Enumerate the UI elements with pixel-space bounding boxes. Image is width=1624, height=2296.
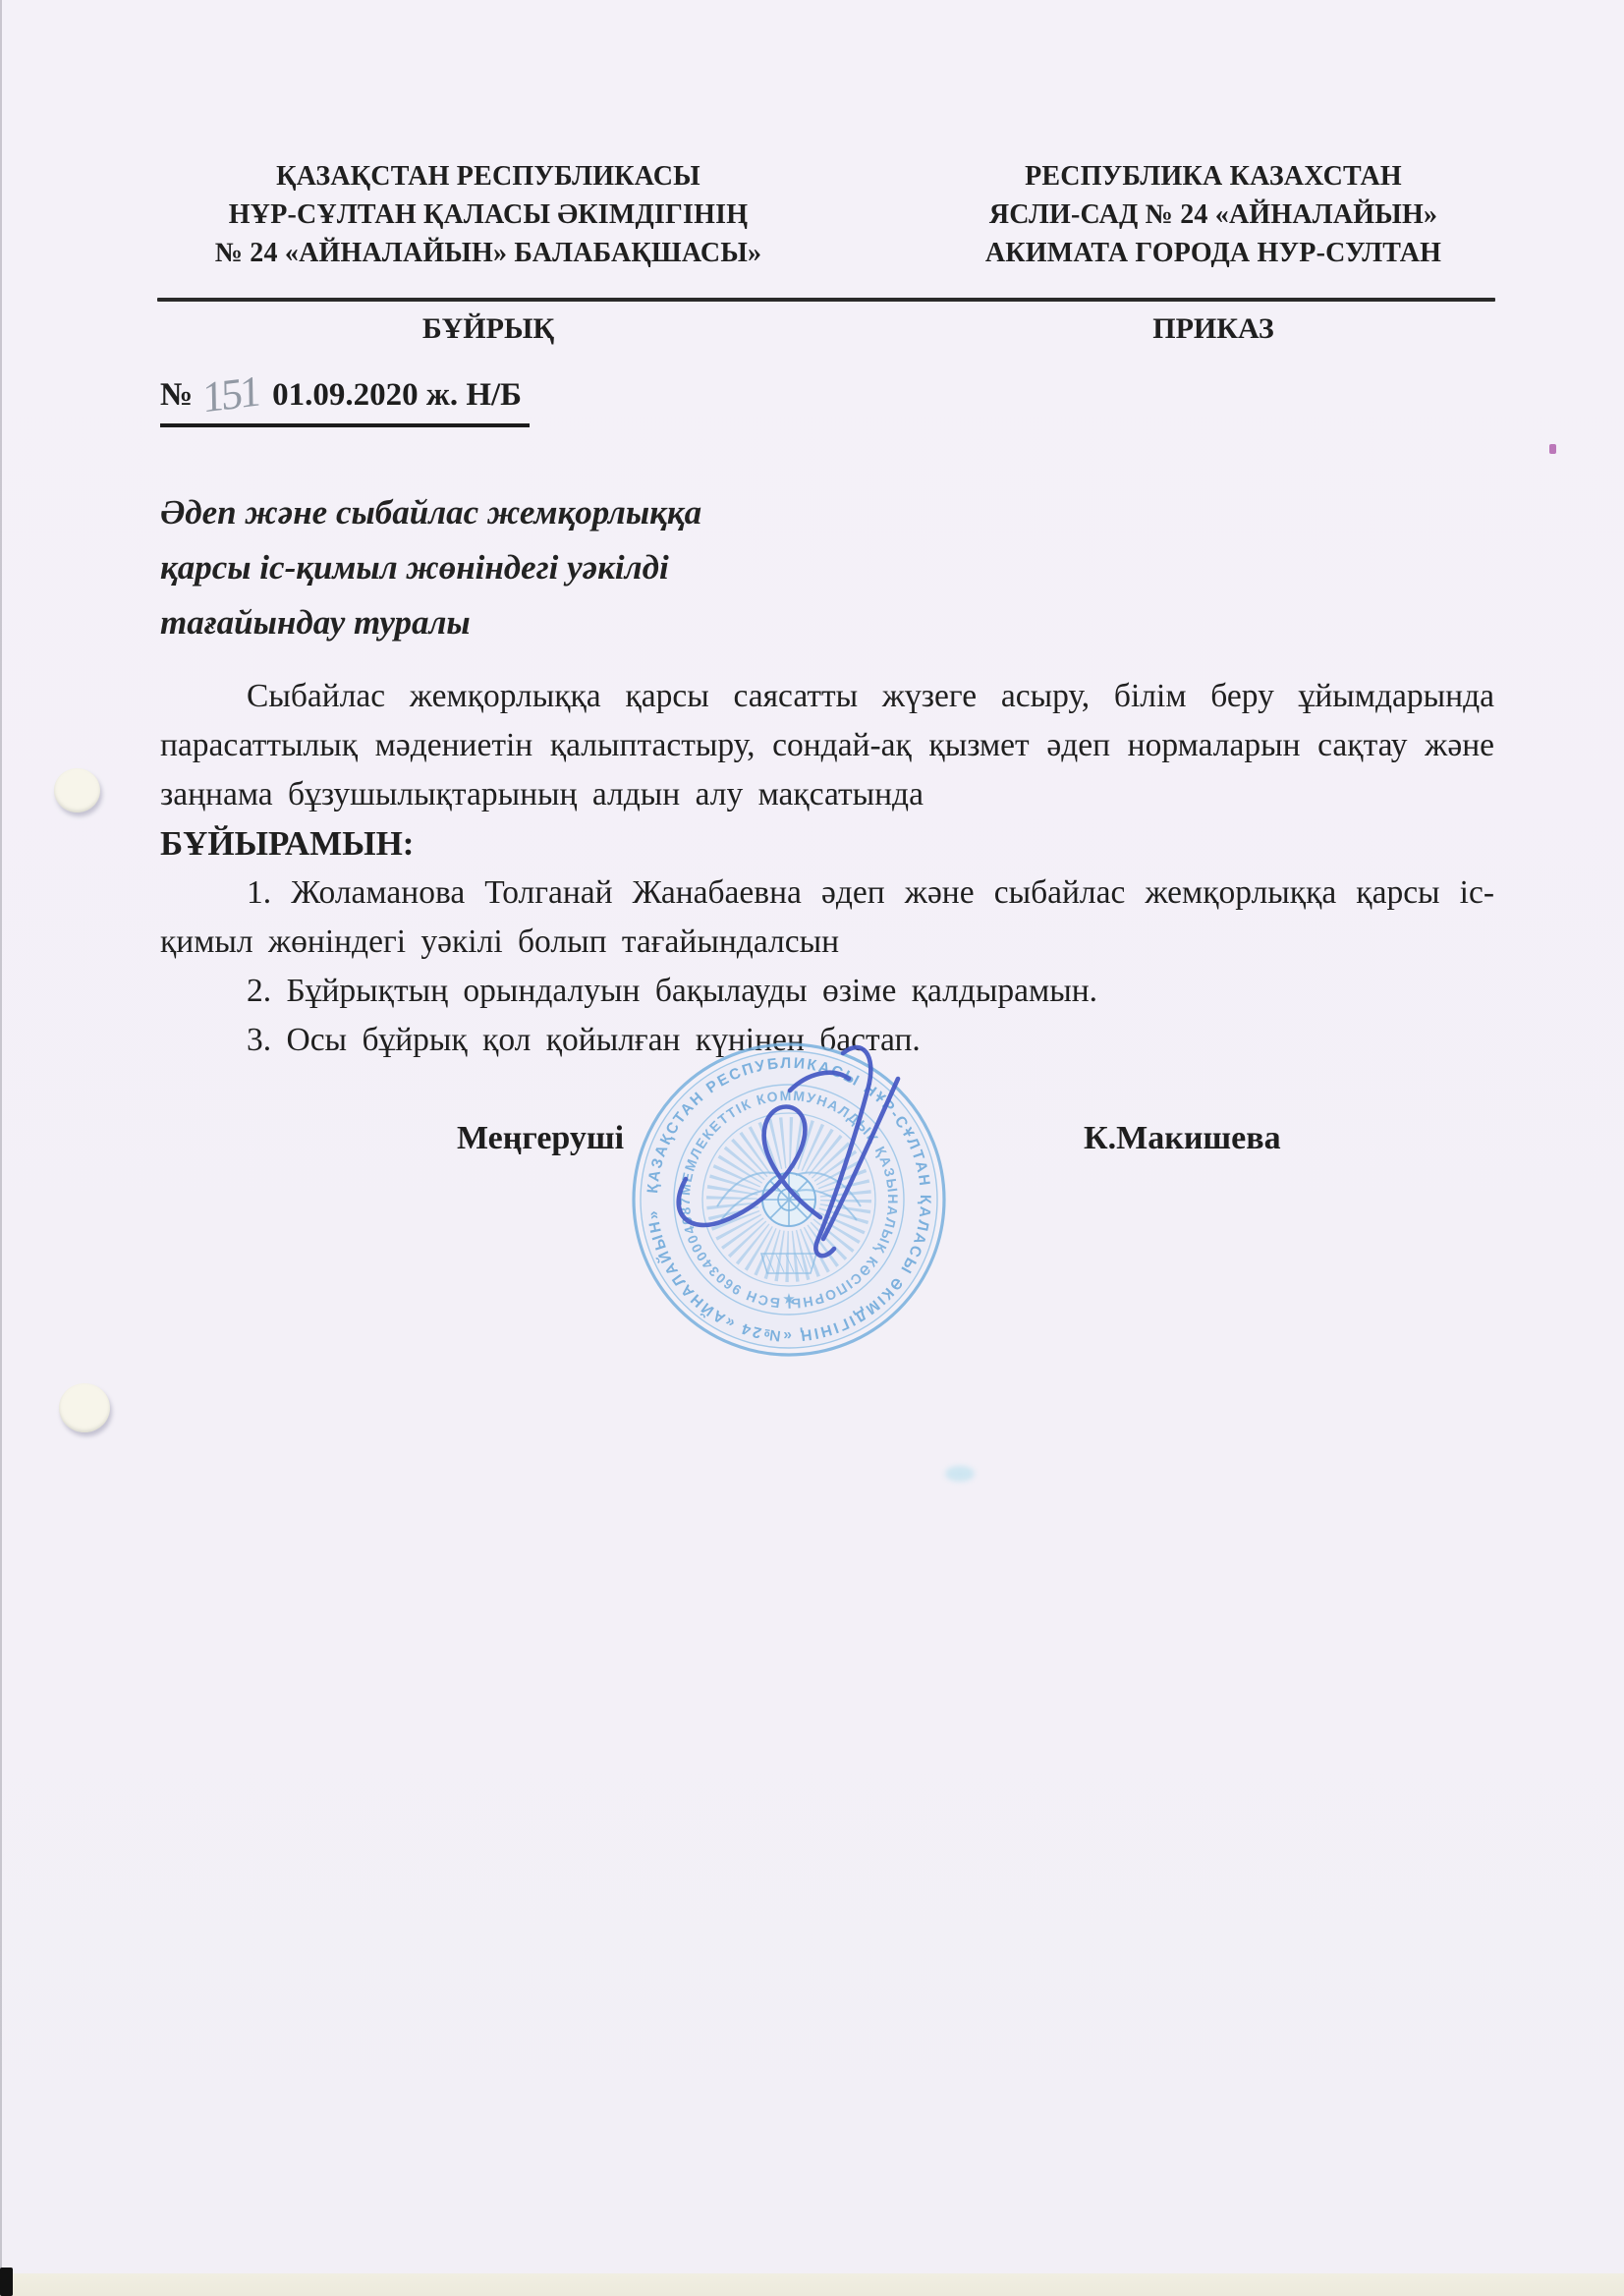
- scan-smudge: [945, 1466, 975, 1482]
- order-item-1: 1. Жоламанова Толганай Жанабаевна әдеп ж…: [160, 868, 1494, 967]
- order-body: Сыбайлас жемқорлыққа қарсы саясатты жүзе…: [160, 672, 1494, 1065]
- order-subject: Әдеп және сыбайлас жемқорлыққа қарсы іс-…: [160, 485, 907, 650]
- letterhead-divider-line: [157, 298, 1495, 302]
- letterhead-kazakh: ҚАЗАҚСТАН РЕСПУБЛИКАСЫ НҰР-СҰЛТАН ҚАЛАСЫ…: [160, 157, 816, 272]
- letterhead-kazakh-line: НҰР-СҰЛТАН ҚАЛАСЫ ӘКІМДІГІНІҢ: [160, 196, 816, 234]
- order-number-line: №15101.09.2020 ж. Н/Б: [160, 365, 530, 427]
- order-preamble: Сыбайлас жемқорлыққа қарсы саясатты жүзе…: [160, 672, 1494, 819]
- ink-speck: [1549, 444, 1556, 454]
- letterhead-russian-line: ЯСЛИ-САД № 24 «АЙНАЛАЙЫН»: [931, 196, 1495, 234]
- signature-ink: [641, 1030, 945, 1305]
- letterhead-russian: РЕСПУБЛИКА КАЗАХСТАН ЯСЛИ-САД № 24 «АЙНА…: [931, 157, 1495, 272]
- order-subject-line: Әдеп және сыбайлас жемқорлыққа: [160, 485, 907, 540]
- letterhead-russian-line: АКИМАТА ГОРОДА НУР-СУЛТАН: [931, 234, 1495, 272]
- order-subject-line: тағайындау туралы: [160, 595, 907, 650]
- signer-position: Меңгеруші: [457, 1120, 624, 1157]
- hole-punch-top: [54, 768, 100, 812]
- letterhead-russian-line: РЕСПУБЛИКА КАЗАХСТАН: [931, 157, 1495, 196]
- signer-name: К.Макишева: [1084, 1120, 1281, 1157]
- letterhead-kazakh-line: ҚАЗАҚСТАН РЕСПУБЛИКАСЫ: [160, 157, 816, 196]
- letterhead-kazakh-line: № 24 «АЙНАЛАЙЫН» БАЛАБАҚШАСЫ»: [160, 234, 816, 272]
- doc-type-russian: ПРИКАЗ: [931, 312, 1495, 346]
- doc-type-kazakh: БҰЙРЫҚ: [160, 312, 816, 346]
- order-date-text: 01.09.2020 ж. Н/Б: [272, 377, 522, 413]
- scan-corner-mark: [0, 2268, 13, 2296]
- number-sign: №: [160, 377, 193, 413]
- order-item-2: 2. Бұйрықтың орындалуын бақылауды өзіме …: [160, 967, 1494, 1016]
- scanned-order-document: ҚАЗАҚСТАН РЕСПУБЛИКАСЫ НҰР-СҰЛТАН ҚАЛАСЫ…: [0, 0, 1624, 2296]
- scan-edge-shadow: [0, 0, 2, 2296]
- handwritten-order-number: 151: [202, 365, 258, 422]
- order-subject-line: қарсы іс-қимыл жөніндегі уәкілді: [160, 540, 907, 595]
- scanner-background-strip: [0, 2273, 1624, 2296]
- order-verb: БҰЙЫРАМЫН:: [160, 819, 1494, 868]
- hole-punch-bottom: [59, 1383, 110, 1432]
